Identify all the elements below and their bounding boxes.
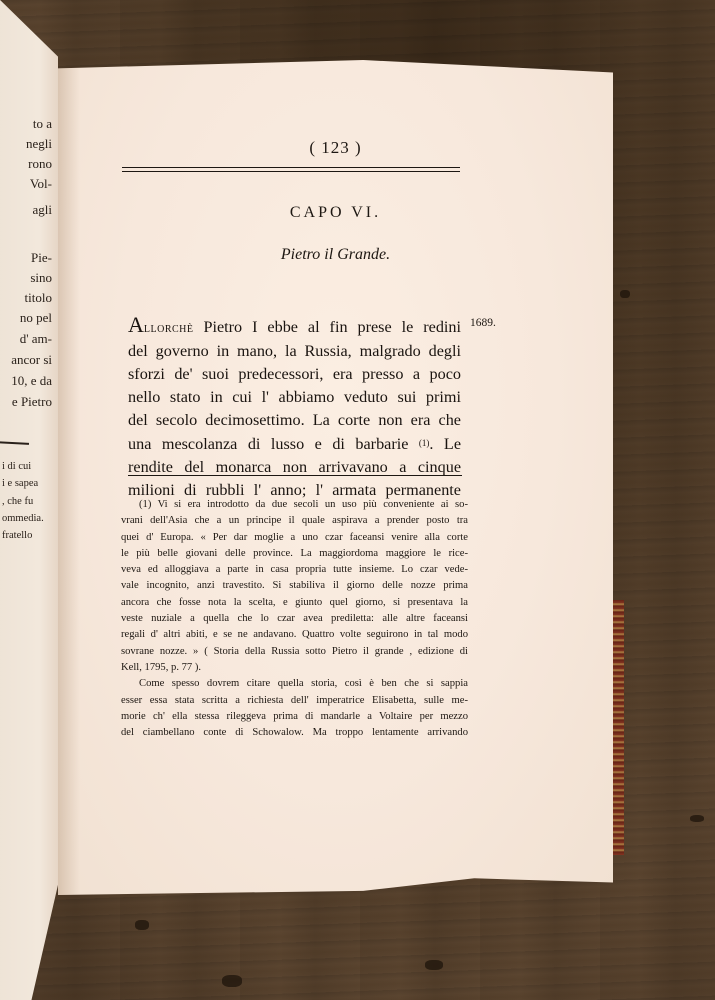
footnote-line: quei d' Europa. « Per dar moglie a uno c… [121, 530, 468, 546]
left-text-fragment: Pie- [31, 248, 52, 268]
left-text-fragment: e Pietro [12, 392, 52, 412]
chapter-subtitle: Pietro il Grande. [58, 246, 613, 264]
footnotes-block: (1) Vi si era introdotto da due secoli u… [121, 497, 468, 741]
footnote-line: vale incognito, anzi travestito. Si stab… [121, 578, 468, 594]
footnote-line: le più belle giovani delle province. La … [121, 546, 468, 562]
left-page: to a negli rono Vol- agli Pie- sino tito… [0, 0, 58, 1000]
left-footnote-rule [0, 441, 29, 445]
left-text-fragment: 10, e da [11, 371, 52, 391]
body-line: una mescolanza di lusso e di barbarie (1… [128, 432, 461, 456]
left-text-fragment: negli [26, 134, 52, 154]
footnote-rule [128, 475, 462, 476]
body-line-text: Pietro I ebbe al fin prese le redini [194, 318, 462, 336]
footnote-line: ancora che fosse nota la scelta, e giunt… [121, 595, 468, 611]
left-text-fragment: titolo [25, 288, 52, 308]
smallcaps-word: llorchè [144, 321, 194, 336]
footnote-line: morie ch' ella stessa rileggeva prima di… [121, 709, 468, 725]
footnote-line: esser essa stata scritta a richiesta del… [121, 693, 468, 709]
left-text-fragment: ancor si [11, 350, 52, 370]
footnote-line: sovrane nozze. » ( Storia della Russia s… [121, 644, 468, 660]
left-footnote-fragment: ommedia. [2, 511, 44, 526]
page-number: ( 123 ) [58, 138, 613, 158]
body-line: del governo in mano, la Russia, malgrado… [128, 340, 461, 363]
footnote-line: Kell, 1795, p. 77 ). [121, 660, 468, 676]
body-line: sforzi de' suoi predecessori, era presso… [128, 363, 461, 386]
footnote-line: veste nuziale a quella che lo czar avea … [121, 611, 468, 627]
left-text-fragment: rono [28, 154, 52, 174]
left-footnote-fragment: , che fu [2, 494, 33, 509]
left-footnote-fragment: i e sapea [2, 476, 38, 491]
margin-date-note: 1689. [470, 317, 496, 329]
drop-cap: A [128, 312, 144, 337]
wood-knot [135, 920, 149, 930]
body-line: del secolo decimosettimo. La corte non e… [128, 409, 461, 432]
wood-knot [425, 960, 443, 970]
body-line-text: una mescolanza di lusso e di barbarie [128, 435, 419, 453]
footnote-line: regali d' altri abiti, e se ne andavano.… [121, 627, 468, 643]
left-text-fragment: agli [33, 200, 53, 220]
body-paragraph: Allorchè Pietro I ebbe al fin prese le r… [128, 313, 461, 502]
left-text-fragment: to a [33, 114, 52, 134]
footnote-line: veva ed alloggiava a parte in casa propr… [121, 562, 468, 578]
left-text-fragment: sino [30, 268, 52, 288]
wood-knot [690, 815, 704, 822]
body-line-text: . Le [429, 435, 461, 453]
right-page: ( 123 ) CAPO VI. Pietro il Grande. 1689.… [58, 60, 613, 895]
left-footnote-fragment: fratello [2, 528, 32, 543]
wood-knot [222, 975, 242, 987]
wood-knot [620, 290, 630, 298]
footnote-line: vrani dell'Asia che a un principe il qua… [121, 513, 468, 529]
footnote-line: del ciambellano conte di Schowalow. Ma t… [121, 725, 468, 741]
gutter-shadow [58, 60, 80, 895]
left-text-fragment: no pel [20, 308, 52, 328]
body-line: nello stato in cui l' abbiamo veduto sui… [128, 386, 461, 409]
left-text-fragment: Vol- [30, 174, 52, 194]
footnote-line: Come spesso dovrem citare quella storia,… [121, 676, 468, 692]
body-line: Allorchè Pietro I ebbe al fin prese le r… [128, 313, 461, 340]
left-footnote-fragment: i di cui [2, 459, 31, 474]
footnote-reference[interactable]: (1) [419, 438, 430, 448]
chapter-heading: CAPO VI. [58, 204, 613, 222]
header-double-rule [122, 167, 460, 172]
left-text-fragment: d' am- [20, 329, 52, 349]
binding-edge [612, 600, 624, 855]
footnote-line: (1) Vi si era introdotto da due secoli u… [121, 497, 468, 513]
